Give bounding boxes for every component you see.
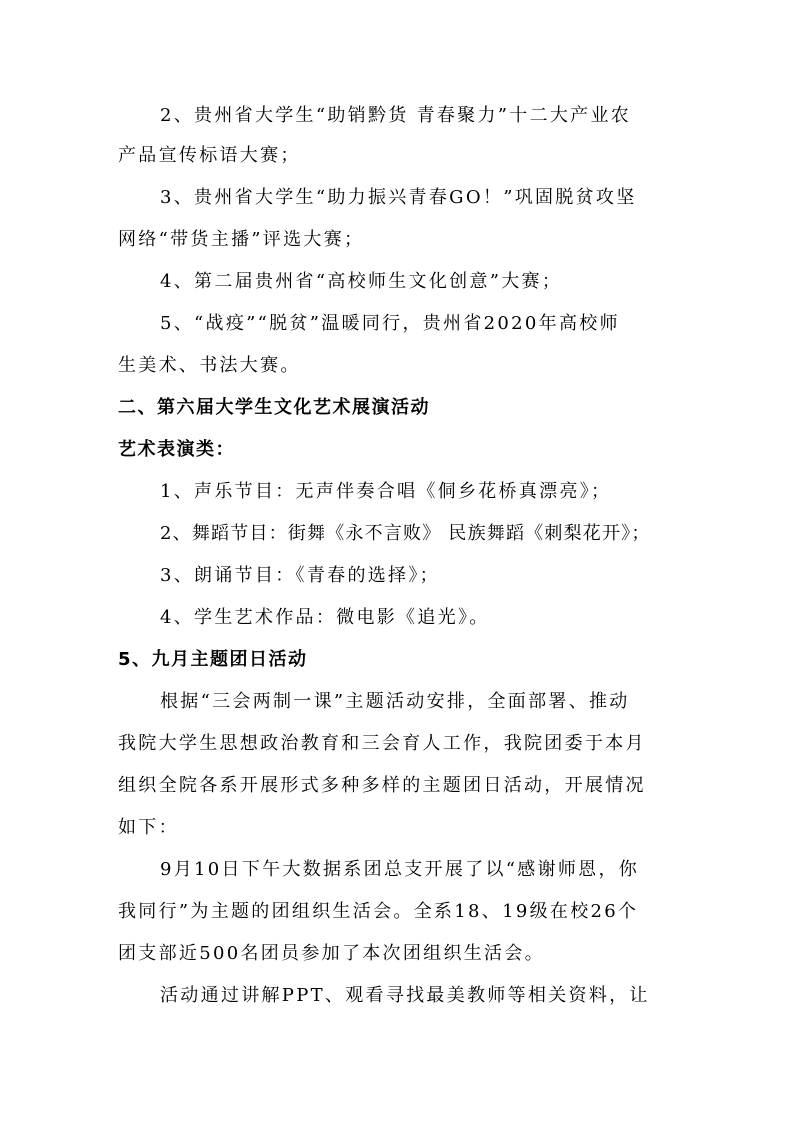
paragraph-1-line-3: 组织全院各系开展形式多种多样的主题团日活动，开展情况 <box>118 774 678 798</box>
list-item-4: 4、第二届贵州省“高校师生文化创意”大赛； <box>160 270 678 294</box>
paragraph-1-line-1: 根据“三会两制一课”主题活动安排，全面部署、推动 <box>160 690 678 714</box>
list-item-2-line-2: 产品宣传标语大赛； <box>118 144 678 168</box>
list-item-5-line-2: 生美术、书法大赛。 <box>118 354 678 378</box>
performance-item-4: 4、学生艺术作品：微电影《追光》。 <box>160 606 678 630</box>
section-heading-september: 5、九月主题团日活动 <box>118 648 678 672</box>
paragraph-2-line-3: 团支部近500名团员参加了本次团组织生活会。 <box>118 942 678 966</box>
performance-item-1: 1、声乐节目：无声伴奏合唱《侗乡花桥真漂亮》； <box>160 480 678 504</box>
list-item-3-line-2: 网络“带货主播”评选大赛； <box>118 228 678 252</box>
document-page: 2、贵州省大学生“助销黔货 青春聚力”十二大产业农 产品宣传标语大赛； 3、贵州… <box>0 0 793 1122</box>
list-item-5-line-1: 5、“战疫”“脱贫”温暖同行，贵州省2020年高校师 <box>160 312 678 336</box>
performance-item-3: 3、朗诵节目：《青春的选择》； <box>160 564 678 588</box>
paragraph-2-line-2: 我同行”为主题的团组织生活会。全系18、19级在校26个 <box>118 900 678 924</box>
paragraph-1-line-4: 如下： <box>118 816 678 840</box>
paragraph-2-line-1: 9月10日下午大数据系团总支开展了以“感谢师恩，你 <box>160 858 678 882</box>
section-heading: 二、第六届大学生文化艺术展演活动 <box>118 396 678 420</box>
list-item-2-line-1: 2、贵州省大学生“助销黔货 青春聚力”十二大产业农 <box>160 104 678 128</box>
paragraph-3-line-1: 活动通过讲解PPT、观看寻找最美教师等相关资料，让 <box>160 984 678 1008</box>
performance-item-2: 2、舞蹈节目：街舞《永不言败》 民族舞蹈《刺梨花开》； <box>160 522 678 546</box>
paragraph-1-line-2: 我院大学生思想政治教育和三会育人工作，我院团委于本月 <box>118 732 678 756</box>
list-item-3-line-1: 3、贵州省大学生“助力振兴青春GO！”巩固脱贫攻坚 <box>160 186 678 210</box>
subsection-heading: 艺术表演类： <box>118 438 678 462</box>
